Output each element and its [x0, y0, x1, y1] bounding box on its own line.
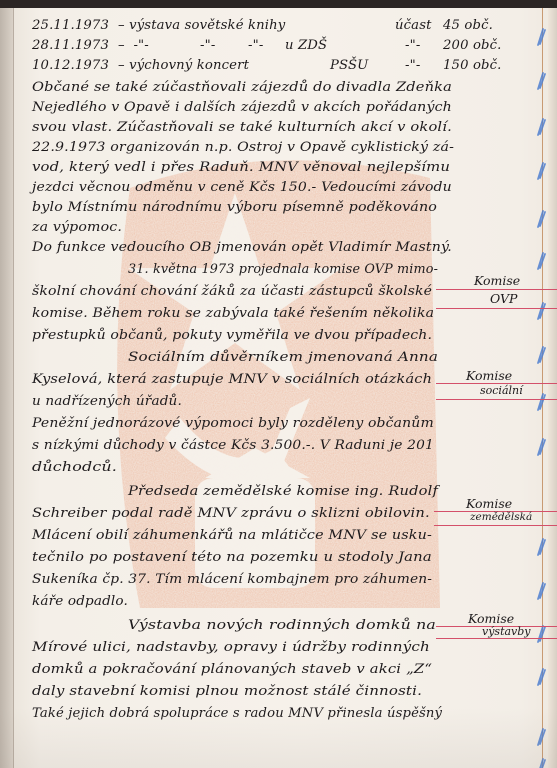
text-line: Výstavba nových rodinných domků na — [128, 618, 436, 633]
text-line: káře odpadlo. — [32, 594, 128, 609]
text-line: 22.9.1973 organizován n.p. Ostroj v Opav… — [32, 140, 454, 155]
entry-event-text: výchovný koncert — [129, 58, 249, 73]
annotation-title: Komise — [466, 368, 512, 383]
text-line: Schreiber podal radě MNV zprávu o sklizn… — [32, 506, 430, 521]
entry-place: PSŠU — [330, 58, 368, 73]
annotation-rule — [436, 308, 557, 309]
annotation-subtitle: zemědělská — [470, 511, 532, 523]
text-line: u nadřízených úřadů. — [32, 394, 182, 409]
entry-place: u ZDŠ — [285, 38, 327, 53]
text-line: svou vlast. Zúčastňovali se také kulturn… — [32, 120, 452, 135]
annotation-rule — [436, 638, 557, 639]
document-page: 25.11.1973 – výstava sovětské knihy účas… — [0, 8, 557, 768]
text-line: daly stavební komisi plnou možnost stálé… — [32, 684, 422, 699]
text-line: Kyselová, která zastupuje MNV v sociální… — [32, 372, 432, 387]
entry-event-text: výstava sovětské knihy — [129, 18, 285, 33]
entry-label: -"- — [405, 58, 420, 73]
entry-event-ditto: -"- — [200, 38, 215, 53]
text-line: domků a pokračování plánovaných staveb v… — [32, 662, 432, 677]
text-line: komise. Během roku se zabývala také řeše… — [32, 306, 434, 321]
annotation-subtitle: výstavby — [482, 625, 531, 638]
text-line: školní chování chování žáků za účasti zá… — [32, 284, 432, 299]
text-line: s nízkými důchody v částce Kčs 3.500.-. … — [32, 438, 434, 453]
text-line: jezdci věcnou odměnu v ceně Kčs 150.- Ve… — [32, 180, 452, 195]
annotation-title: Komise — [474, 273, 520, 288]
text-line: Občané se také zúčastňovali zájezdů do d… — [32, 80, 452, 95]
annotation-rule — [434, 525, 557, 526]
entry-event: – výstava sovětské knihy — [118, 18, 285, 33]
annotation-title: Komise — [466, 496, 512, 511]
annotation-subtitle: sociální — [480, 384, 523, 397]
text-line: tečnilo po postavení této na pozemku u s… — [32, 550, 432, 565]
text-line: Předseda zemědělské komise ing. Rudolf — [128, 484, 438, 499]
entry-event-text: -"- — [133, 38, 148, 53]
entry-attendance: 150 obč. — [443, 58, 502, 73]
entry-date: 28.11.1973 — [32, 38, 109, 53]
text-line: za výpomoc. — [32, 220, 122, 235]
annotation-rule — [436, 399, 557, 400]
entry-attendance: 45 obč. — [443, 18, 493, 33]
text-line: Nejedlého v Opavě i dalších zájezdů v ak… — [32, 100, 452, 115]
entry-attendance: 200 obč. — [443, 38, 502, 53]
text-line: 31. května 1973 projednala komise OVP mi… — [128, 262, 438, 277]
entry-event: – -"- — [118, 38, 149, 53]
handwritten-text: 25.11.1973 – výstava sovětské knihy účas… — [0, 8, 557, 768]
entry-event: – výchovný koncert — [118, 58, 249, 73]
text-line: důchodců. — [32, 460, 117, 475]
text-line: bylo Místnímu národnímu výboru písemně p… — [32, 200, 437, 215]
text-line: Sukeníka čp. 37. Tím mlácení kombajnem p… — [32, 572, 432, 587]
text-line: Sociálním důvěrníkem jmenovaná Anna — [128, 350, 438, 365]
text-line: Do funkce vedoucího OB jmenován opět Vla… — [32, 240, 452, 255]
entry-label: -"- — [405, 38, 420, 53]
text-line: Mírové ulici, nadstavby, opravy i údržby… — [32, 640, 430, 655]
annotation-subtitle: OVP — [490, 291, 517, 306]
annotation-title: Komise — [468, 611, 514, 626]
bottom-shading — [0, 708, 557, 768]
entry-date: 10.12.1973 — [32, 58, 109, 73]
text-line: Mlácení obilí záhumenkářů na mlátičce MN… — [32, 528, 432, 543]
annotation-rule — [436, 289, 557, 290]
text-line: přestupků občanů, pokuty vyměřila ve dvo… — [32, 328, 432, 343]
entry-label: účast — [395, 18, 432, 33]
entry-event-ditto: -"- — [248, 38, 263, 53]
entry-date: 25.11.1973 — [32, 18, 109, 33]
text-line: vod, který vedl i přes Raduň. MNV věnova… — [32, 160, 450, 175]
text-line: Peněžní jednorázové výpomoci byly rozděl… — [32, 416, 434, 431]
